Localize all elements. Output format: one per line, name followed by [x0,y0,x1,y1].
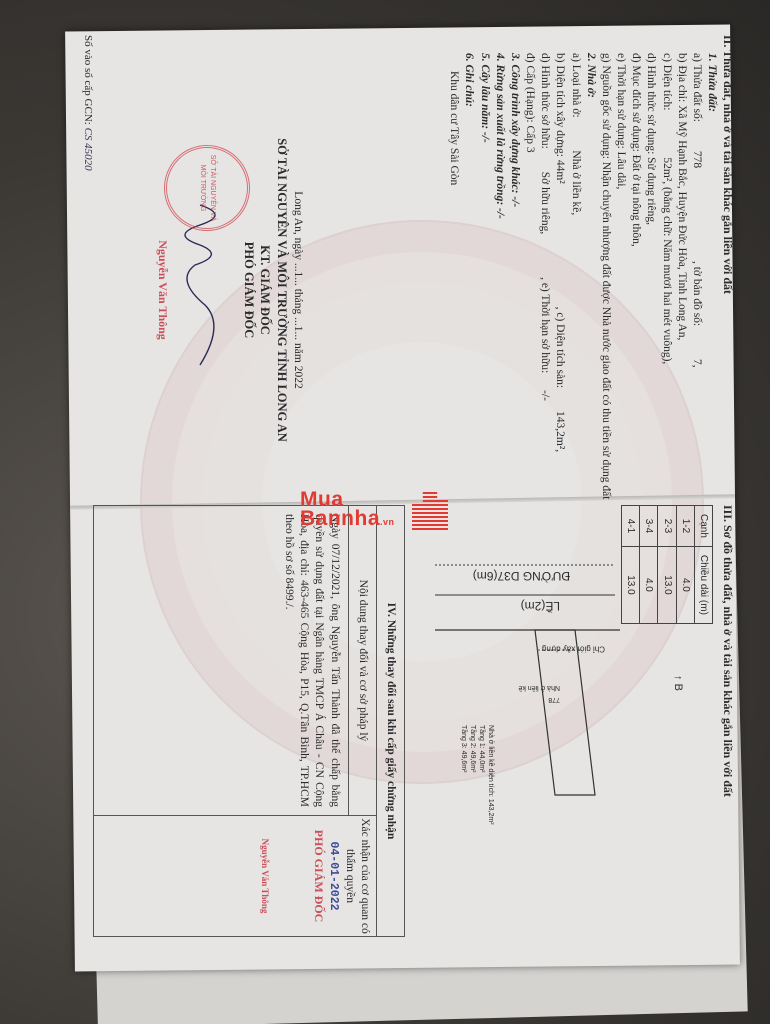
floor-area: 143,2m², [554,411,566,452]
ownership-row: d) Hình thức sở hữu: Sở hữu riêng, , e) … [537,35,552,573]
purpose-row: đ) Mục đích sử dụng: Đất ở tại nông thôn… [628,35,643,573]
usage-form-row: d) Hình thức sử dụng: Sử dụng riêng, [643,35,658,573]
certificate-content: II. Thửa đất, nhà ở và tài sản khác gắn … [75,35,735,970]
built-area-row: b) Diện tích xây dựng: 44m² , c) Diện tí… [552,35,567,573]
section-iii-iv-page: III. Sơ đồ thửa đất, nhà ở và tài sản kh… [75,505,735,970]
table-header-row: Cạnh Chiều dài (m) [694,506,712,624]
house-info: Nhà ở liền kề diện tích: 143,2m² Tầng 1:… [459,725,495,825]
confirm-header: Xác nhận của cơ quan có thẩm quyền [341,816,371,936]
house-type-row: a) Loại nhà ở: Nhà ở liền kề, [567,35,582,573]
map-sheet-no: 7, [691,359,703,368]
sidewalk-label: LỀ(2m) [521,597,560,613]
watermark-logo: Mua Bannha.vn [300,490,395,532]
notes: Khu dân cư Tây Sài Gòn [446,35,461,573]
confirm-date: 04-01-2022 [326,816,341,936]
section-iv: IV. Những thay đổi sau khi cấp giấy chứn… [93,505,405,937]
table-row: 2-313.0 [658,506,676,624]
signature-area: SỞ TÀI NGUYÊN VÀ MÔI TRƯỜNG [170,125,240,455]
confirm-role: PHÓ GIÁM ĐỐC [310,816,326,936]
perennial: 5. Cây lâu năm: -/- [476,35,491,573]
place-date: Long An, ngày ...1... tháng ...1... năm … [290,125,305,455]
table-row: 1-24.0 [676,506,694,624]
parcel-description: Nhà ở liền kề [518,683,560,692]
official-stamp: SỞ TÀI NGUYÊN VÀ MÔI TRƯỜNG [164,145,250,231]
section-ii-title: II. Thửa đất, nhà ở và tài sản khác gắn … [719,35,735,573]
table-row: 3-44.0 [640,506,658,624]
gcn-register-number: CS 45020 [82,128,94,171]
kt-title: KT. GIÁM ĐỐC [257,125,274,455]
grade-row: đ) Cấp (Hạng): Cấp 3 [522,35,537,573]
parcel-no: 778 [691,151,703,168]
section-ii-page: II. Thửa đất, nhà ở và tài sản khác gắn … [75,35,735,505]
land-area: 52m², (bằng chữ: Năm mươi hai mét vuông)… [661,157,673,364]
notes-heading: 6. Ghi chú: [461,35,476,573]
change-content-header: Nội dung thay đổi và cơ sở pháp lý [348,506,376,815]
gcn-register: Số vào sổ cấp GCN: CS 45020 [80,35,95,171]
origin-row: g) Nguồn gốc sử dụng: Nhận chuyển nhượng… [598,35,613,573]
term-row: e) Thời hạn sử dụng: Lâu dài, [613,35,628,573]
confirm-signer: Nguyễn Văn Thông [259,816,271,936]
section-iv-title: IV. Những thay đổi sau khi cấp giấy chứn… [376,506,404,936]
road-label: ĐƯỜNG D37(6m) [473,567,570,583]
house-heading: 2. Nhà ở: [583,35,598,573]
address: Xã Mỹ Hạnh Bắc, Huyện Đức Hòa, Tỉnh Long… [676,105,688,340]
parcel-number: 778 [548,695,560,704]
address-row: b) Địa chỉ: Xã Mỹ Hạnh Bắc, Huyện Đức Hò… [674,35,689,573]
building-line-label: Chỉ giới xây dựng [542,643,605,654]
area-row: c) Diện tích: 52m², (bằng chữ: Năm mươi … [658,35,673,573]
north-arrow: ↑ B [670,675,685,691]
section-iii-title: III. Sơ đồ thửa đất, nhà ở và tài sản kh… [719,505,735,797]
forest: 4. Rừng sản xuất là rừng trồng: -/- [492,35,507,573]
parcel-row: a) Thửa đất số: 778 , tờ bản đồ số: 7, [689,35,704,573]
department: SỞ TÀI NGUYÊN VÀ MÔI TRƯỜNG TỈNH LONG AN [273,125,290,455]
other-works: 3. Công trình xây dựng khác: -/- [507,35,522,573]
section-ii: II. Thửa đất, nhà ở và tài sản khác gắn … [446,35,735,573]
north-arrow-icon: ↑ [672,675,684,681]
land-heading: 1. Thửa đất: [704,35,719,573]
change-entry: Ngày 07/12/2021, ông Nguyễn Tấn Thành đã… [275,506,348,815]
signature-block: Long An, ngày ...1... tháng ...1... năm … [155,125,306,455]
